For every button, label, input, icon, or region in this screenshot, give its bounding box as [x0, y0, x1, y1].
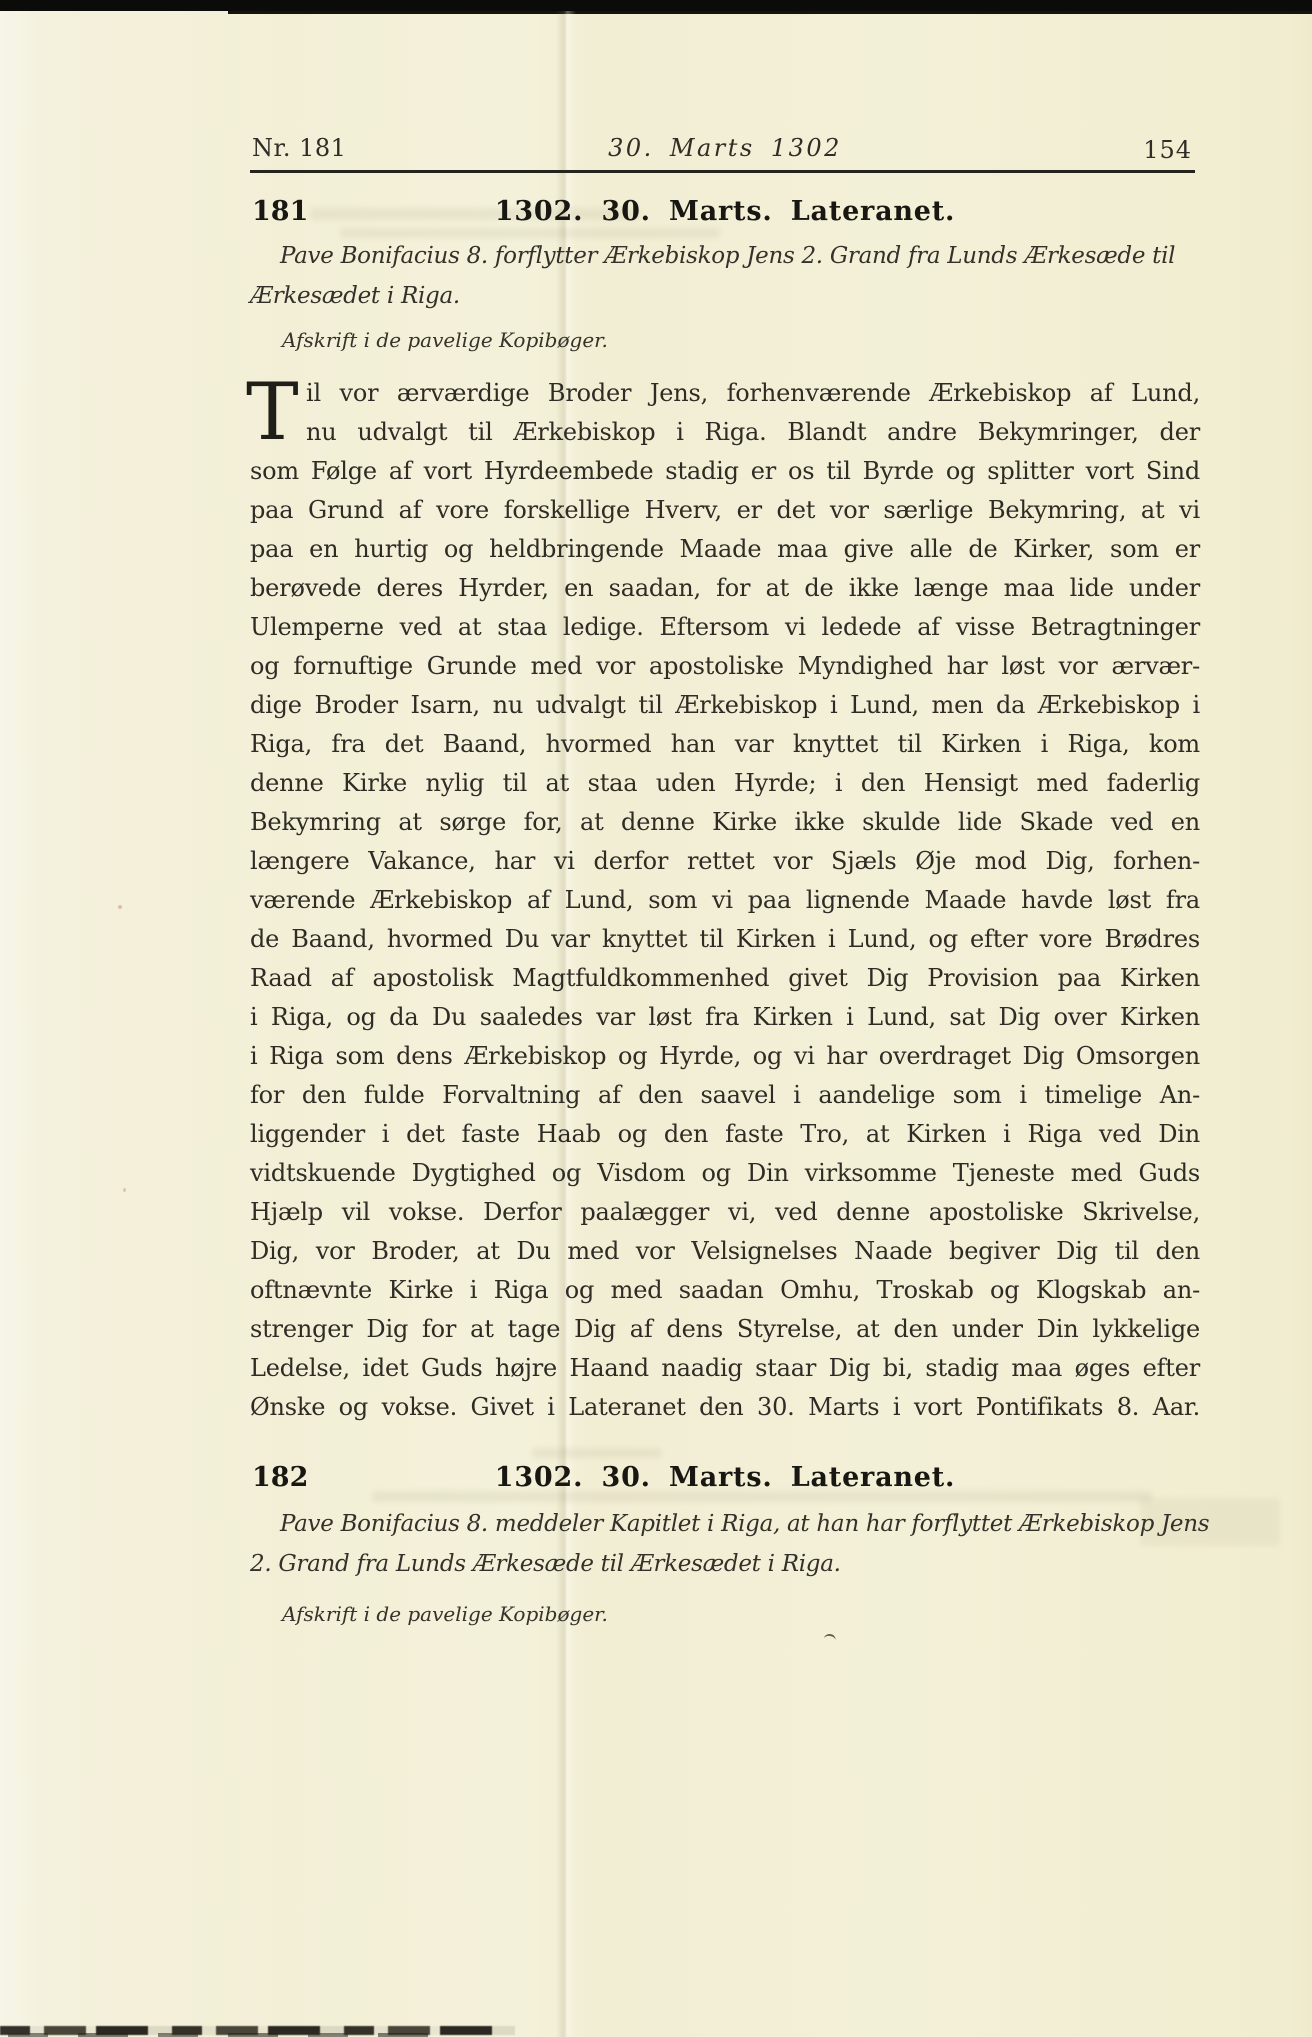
body-line: Hjælp vil vokse. Derfor paalægger vi, ve… [250, 1193, 1200, 1232]
body-line: Dig, vor Broder, at Du med vor Velsignel… [250, 1232, 1200, 1271]
summary-line: Ærkesædet i Riga. [250, 276, 1200, 316]
running-header-date: 30. Marts 1302 [250, 134, 1200, 162]
entry-182-summary: Pave Bonifacius 8. meddeler Kapitlet i R… [250, 1504, 1200, 1584]
entry-date-place: 1302. 30. Marts. Lateranet. [250, 1462, 1200, 1493]
body-line: paa Grund af vore forskellige Hverv, er … [250, 491, 1200, 530]
body-line: i Riga, og da Du saaledes var løst fra K… [250, 998, 1200, 1037]
body-line: berøvede deres Hyrder, en saadan, for at… [250, 569, 1200, 608]
entry-181-source-note: Afskrift i de pavelige Kopibøger. [282, 328, 608, 352]
body-line: værende Ærkebiskop af Lund, som vi paa l… [250, 881, 1200, 920]
text-block: Nr. 181 30. Marts 1302 154 181 1302. 30.… [250, 0, 1200, 2037]
entry-181-heading-row: 181 1302. 30. Marts. Lateranet. [250, 196, 1200, 228]
scanned-book-page: T Nr. 181 30. Marts 1302 154 181 1302. 3… [0, 0, 1312, 2037]
body-line: Ledelse, idet Guds højre Haand naadig st… [250, 1349, 1200, 1388]
body-line: denne Kirke nylig til at staa uden Hyrde… [250, 764, 1200, 803]
entry-182-heading-row: 182 1302. 30. Marts. Lateranet. [250, 1462, 1200, 1494]
body-line: oftnævnte Kirke i Riga og med saadan Omh… [250, 1271, 1200, 1310]
body-line: og fornuftige Grunde med vor apostoliske… [250, 647, 1200, 686]
running-header-page-number: 154 [1143, 136, 1192, 164]
entry-181-summary: Pave Bonifacius 8. forflytter Ærkebiskop… [250, 236, 1200, 316]
body-line: dige Broder Isarn, nu udvalgt til Ærkebi… [250, 686, 1200, 725]
body-line: nu udvalgt til Ærkebiskop i Riga. Blandt… [306, 413, 1200, 452]
body-line: paa en hurtig og heldbringende Maade maa… [250, 530, 1200, 569]
entry-date-place: 1302. 30. Marts. Lateranet. [250, 196, 1200, 227]
body-line: Bekymring at sørge for, at denne Kirke i… [250, 803, 1200, 842]
body-line: Ulemperne ved at staa ledige. Eftersom v… [250, 608, 1200, 647]
entry-181-body: il vor ærværdige Broder Jens, forhenvære… [250, 374, 1200, 1427]
body-line: længere Vakance, har vi derfor rettet vo… [250, 842, 1200, 881]
summary-line: Pave Bonifacius 8. meddeler Kapitlet i R… [250, 1504, 1200, 1544]
header-rule [250, 170, 1195, 173]
body-line: strenger Dig for at tage Dig af dens Sty… [250, 1310, 1200, 1349]
body-line: som Følge af vort Hyrdeembede stadig er … [250, 452, 1200, 491]
summary-line: 2. Grand fra Lunds Ærkesæde til Ærkesæde… [250, 1544, 1200, 1584]
body-line: Riga, fra det Baand, hvormed han var kny… [250, 725, 1200, 764]
body-line: Ønske og vokse. Givet i Lateranet den 30… [250, 1388, 1200, 1427]
body-line: liggender i det faste Haab og den faste … [250, 1115, 1200, 1154]
paper-speck [118, 905, 122, 909]
body-line: i Riga som dens Ærkebiskop og Hyrde, og … [250, 1037, 1200, 1076]
body-line: vidtskuende Dygtighed og Visdom og Din v… [250, 1154, 1200, 1193]
entry-182-source-note: Afskrift i de pavelige Kopibøger. [282, 1602, 608, 1626]
summary-line: Pave Bonifacius 8. forflytter Ærkebiskop… [250, 236, 1200, 276]
body-line: Raad af apostolisk Magtfuldkommenhed giv… [250, 959, 1200, 998]
running-header: Nr. 181 30. Marts 1302 154 [250, 134, 1200, 168]
body-line: for den fulde Forvaltning af den saavel … [250, 1076, 1200, 1115]
body-line: il vor ærværdige Broder Jens, forhenvære… [306, 374, 1200, 413]
body-line: de Baand, hvormed Du var knyttet til Kir… [250, 920, 1200, 959]
paper-speck [123, 1188, 126, 1192]
